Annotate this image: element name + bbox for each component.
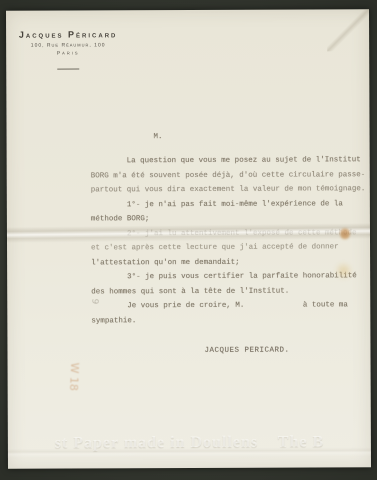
letterhead: Jacques Péricard 100, Rue Réaumur, 100 P… [12, 29, 124, 74]
body-line: sympathie. [91, 313, 363, 329]
letterhead-address: 100, Rue Réaumur, 100 [12, 42, 124, 48]
typed-signature: JACQUES PERICARD. [204, 347, 289, 355]
body-line: partout qui vous dira exactement la vale… [91, 182, 363, 198]
salutation: M. [154, 133, 163, 141]
letter-page: Jacques Péricard 100, Rue Réaumur, 100 P… [6, 9, 371, 469]
corner-crease [327, 9, 369, 51]
paper-watermark: st Paper made in Doullens The B [8, 433, 371, 459]
pencil-mark-red: W 18 [67, 362, 81, 391]
pencil-mark: 9 [89, 298, 100, 305]
body-line: Je vous prie de croire, M. à toute ma [91, 298, 363, 314]
scan-background: Jacques Péricard 100, Rue Réaumur, 100 P… [0, 0, 377, 480]
body-line: La question que vous me posez au sujet d… [91, 153, 363, 169]
letterhead-name: Jacques Péricard [12, 29, 124, 39]
body-line: des hommes qui sont à la tête de l'Insti… [91, 284, 363, 300]
letterhead-city: Paris [12, 50, 124, 56]
body-line: BORG m'a été souvent posée déjà, d'où ce… [91, 168, 363, 184]
body-line: 3°- je puis vous certifier la parfaite h… [91, 269, 363, 285]
body-line: l'attestation qu'on me demandait; [91, 255, 363, 271]
letterhead-rule [57, 68, 79, 69]
yellow-stain [335, 261, 352, 280]
body-line: 1°- je n'ai pas fait moi-même l'expérien… [91, 197, 363, 213]
rust-stain [340, 227, 350, 240]
body-line: et c'est après cette lecture que j'ai ac… [91, 240, 363, 256]
